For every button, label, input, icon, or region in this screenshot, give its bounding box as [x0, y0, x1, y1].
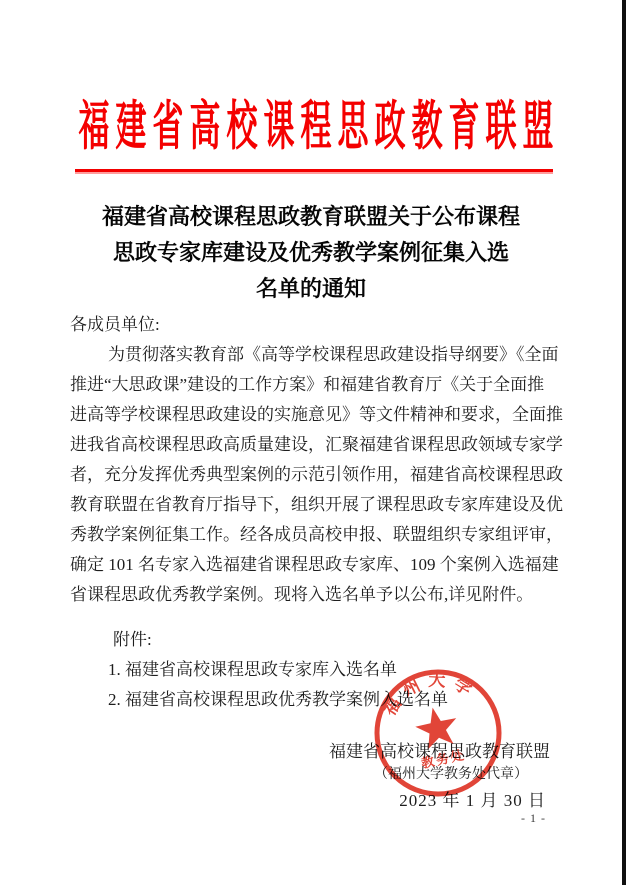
red-divider-rule [75, 169, 553, 174]
body-line: 确定 101 名专家入选福建省课程思政专家库、109 个案例入选福建 [70, 550, 556, 580]
document-title-line: 名单的通知 [30, 271, 592, 307]
attachments-label: 附件: [70, 625, 556, 655]
star-icon [412, 703, 461, 751]
letterhead-title: 福建省高校课程思政教育联盟 [8, 83, 626, 160]
document-title: 福建省高校课程思政教育联盟关于公布课程 思政专家库建设及优秀教学案例征集入选 名… [30, 199, 592, 307]
document-body: 各成员单位: 为贯彻落实教育部《高等学校课程思政建设指导纲要》《全面 推进“大思… [70, 310, 556, 715]
document-title-line: 福建省高校课程思政教育联盟关于公布课程 [30, 199, 592, 235]
body-line: 为贯彻落实教育部《高等学校课程思政建设指导纲要》《全面 [70, 340, 556, 370]
body-line: 推进“大思政课”建设的工作方案》和福建省教育厅《关于全面推 [70, 370, 556, 400]
blank-gap [70, 610, 556, 625]
body-line: 者，充分发挥优秀典型案例的示范引领作用，福建省高校课程思政 [70, 460, 556, 490]
document-page: 福建省高校课程思政教育联盟 福建省高校课程思政教育联盟关于公布课程 思政专家库建… [0, 0, 626, 885]
page-number: - 1 - [521, 811, 546, 826]
body-line: 进我省高校课程思政高质量建设，汇聚福建省课程思政领域专家学 [70, 430, 556, 460]
body-line: 省课程思政优秀教学案例。现将入选名单予以公布,详见附件。 [70, 580, 556, 610]
seal-bottom-text: 教务处 [419, 747, 467, 771]
official-seal: 福州大学 教务处 [368, 663, 508, 803]
body-line: 秀教学案例征集工作。经各成员高校申报、联盟组织专家组评审， [70, 520, 556, 550]
body-line: 进高等学校课程思政建设的实施意见》等文件精神和要求，全面推 [70, 400, 556, 430]
document-title-line: 思政专家库建设及优秀教学案例征集入选 [30, 235, 592, 271]
salutation: 各成员单位: [70, 310, 556, 340]
scan-page-edge [622, 0, 626, 885]
body-line: 教育联盟在省教育厅指导下，组织开展了课程思政专家库建设及优 [70, 490, 556, 520]
